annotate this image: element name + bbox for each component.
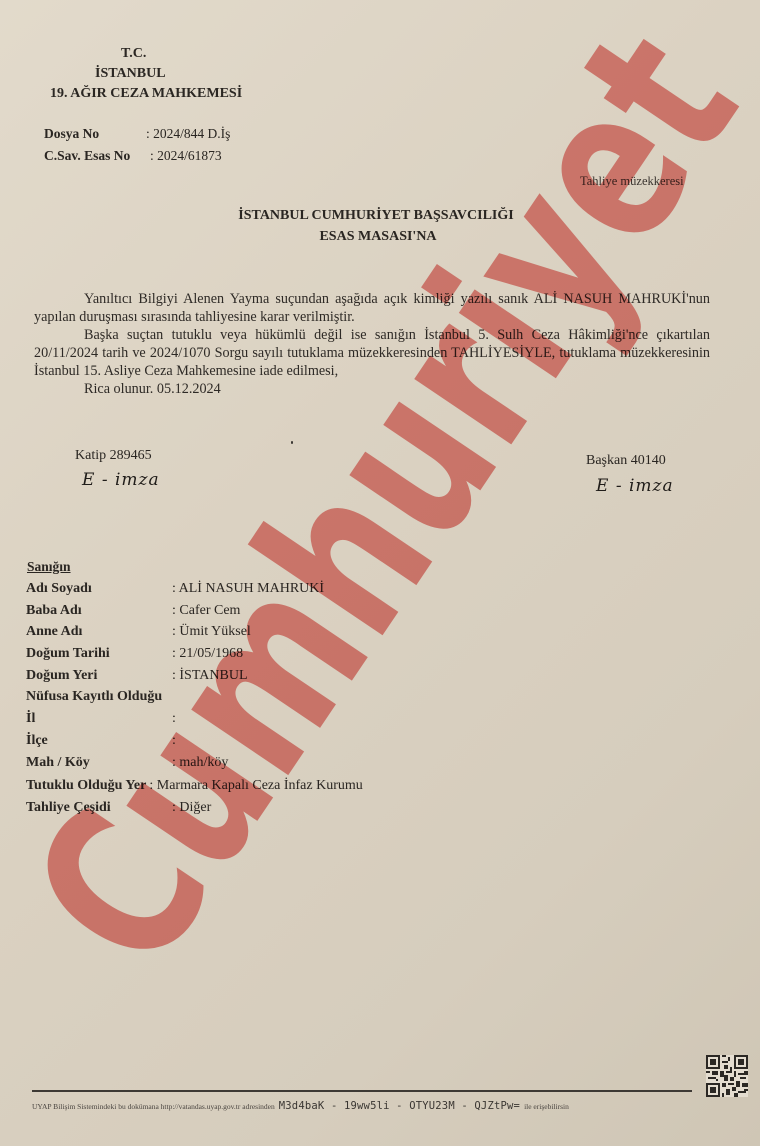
verification-code: M3d4baK - 19ww5li - OTYU23M - QJZtPw= xyxy=(279,1100,520,1112)
scan-speck xyxy=(291,441,293,444)
document-page: T.C. İSTANBUL 19. AĞIR CEZA MAHKEMESİ Do… xyxy=(0,0,760,1146)
president-label: Başkan 40140 xyxy=(586,453,666,469)
header-tc: T.C. xyxy=(121,46,146,62)
president-e-signature: E - imza xyxy=(596,476,674,496)
defendant-row-province: İl: xyxy=(26,710,176,728)
defendant-row-district: İlçe: xyxy=(26,732,176,750)
body-paragraph-1: Yanıltıcı Bilgiyi Alenen Yayma suçundan … xyxy=(34,290,710,326)
defendant-row-mother: Anne Adı: Ümit Yüksel xyxy=(26,623,251,641)
defendant-row-registry: Nüfusa Kayıtlı Olduğu xyxy=(26,688,162,706)
qr-code-icon xyxy=(706,1054,748,1098)
footer-verification: UYAP Bilişim Sistemindeki bu dokümana ht… xyxy=(32,1096,569,1114)
body-paragraph-2: Başka suçtan tutuklu veya hükümlü değil … xyxy=(34,326,710,380)
file-number-label: Dosya No xyxy=(44,126,99,142)
header-city: İSTANBUL xyxy=(95,66,166,82)
document-type: Tahliye müzekkeresi xyxy=(580,174,684,189)
addressee-line2: ESAS MASASI'NA xyxy=(0,229,758,245)
defendant-row-birth-date: Doğum Tarihi: 21/05/1968 xyxy=(26,645,243,663)
header-court: 19. AĞIR CEZA MAHKEMESİ xyxy=(50,86,242,102)
footer-prefix: UYAP Bilişim Sistemindeki bu dokümana ht… xyxy=(32,1102,275,1111)
file-number-value: : 2024/844 D.İş xyxy=(146,126,230,142)
footer-divider xyxy=(32,1090,692,1092)
clerk-e-signature: E - imza xyxy=(82,470,160,490)
defendant-section-title: Sanığın xyxy=(27,559,71,575)
clerk-label: Katip 289465 xyxy=(75,448,152,464)
addressee-line1: İSTANBUL CUMHURİYET BAŞSAVCILIĞI xyxy=(0,208,756,224)
defendant-row-name: Adı Soyadı: ALİ NASUH MAHRUKİ xyxy=(26,580,324,598)
defendant-row-release-type: Tahliye Çeşidi: Diğer xyxy=(26,799,211,817)
defendant-row-detention-place: Tutuklu Olduğu Yer: Marmara Kapalı Ceza … xyxy=(26,777,363,795)
footer-suffix: ile erişebilirsin xyxy=(524,1102,569,1111)
prosecution-number-value: : 2024/61873 xyxy=(150,148,222,164)
body-text: Yanıltıcı Bilgiyi Alenen Yayma suçundan … xyxy=(34,290,710,398)
prosecution-number-label: C.Sav. Esas No xyxy=(44,148,130,164)
defendant-row-neighborhood: Mah / Köy: mah/köy xyxy=(26,754,228,772)
cumhuriyet-watermark: Cumhuriyet xyxy=(0,0,760,1146)
defendant-row-birth-place: Doğum Yeri: İSTANBUL xyxy=(26,667,248,685)
defendant-row-father: Baba Adı: Cafer Cem xyxy=(26,602,240,620)
body-closing: Rica olunur. 05.12.2024 xyxy=(34,380,710,398)
